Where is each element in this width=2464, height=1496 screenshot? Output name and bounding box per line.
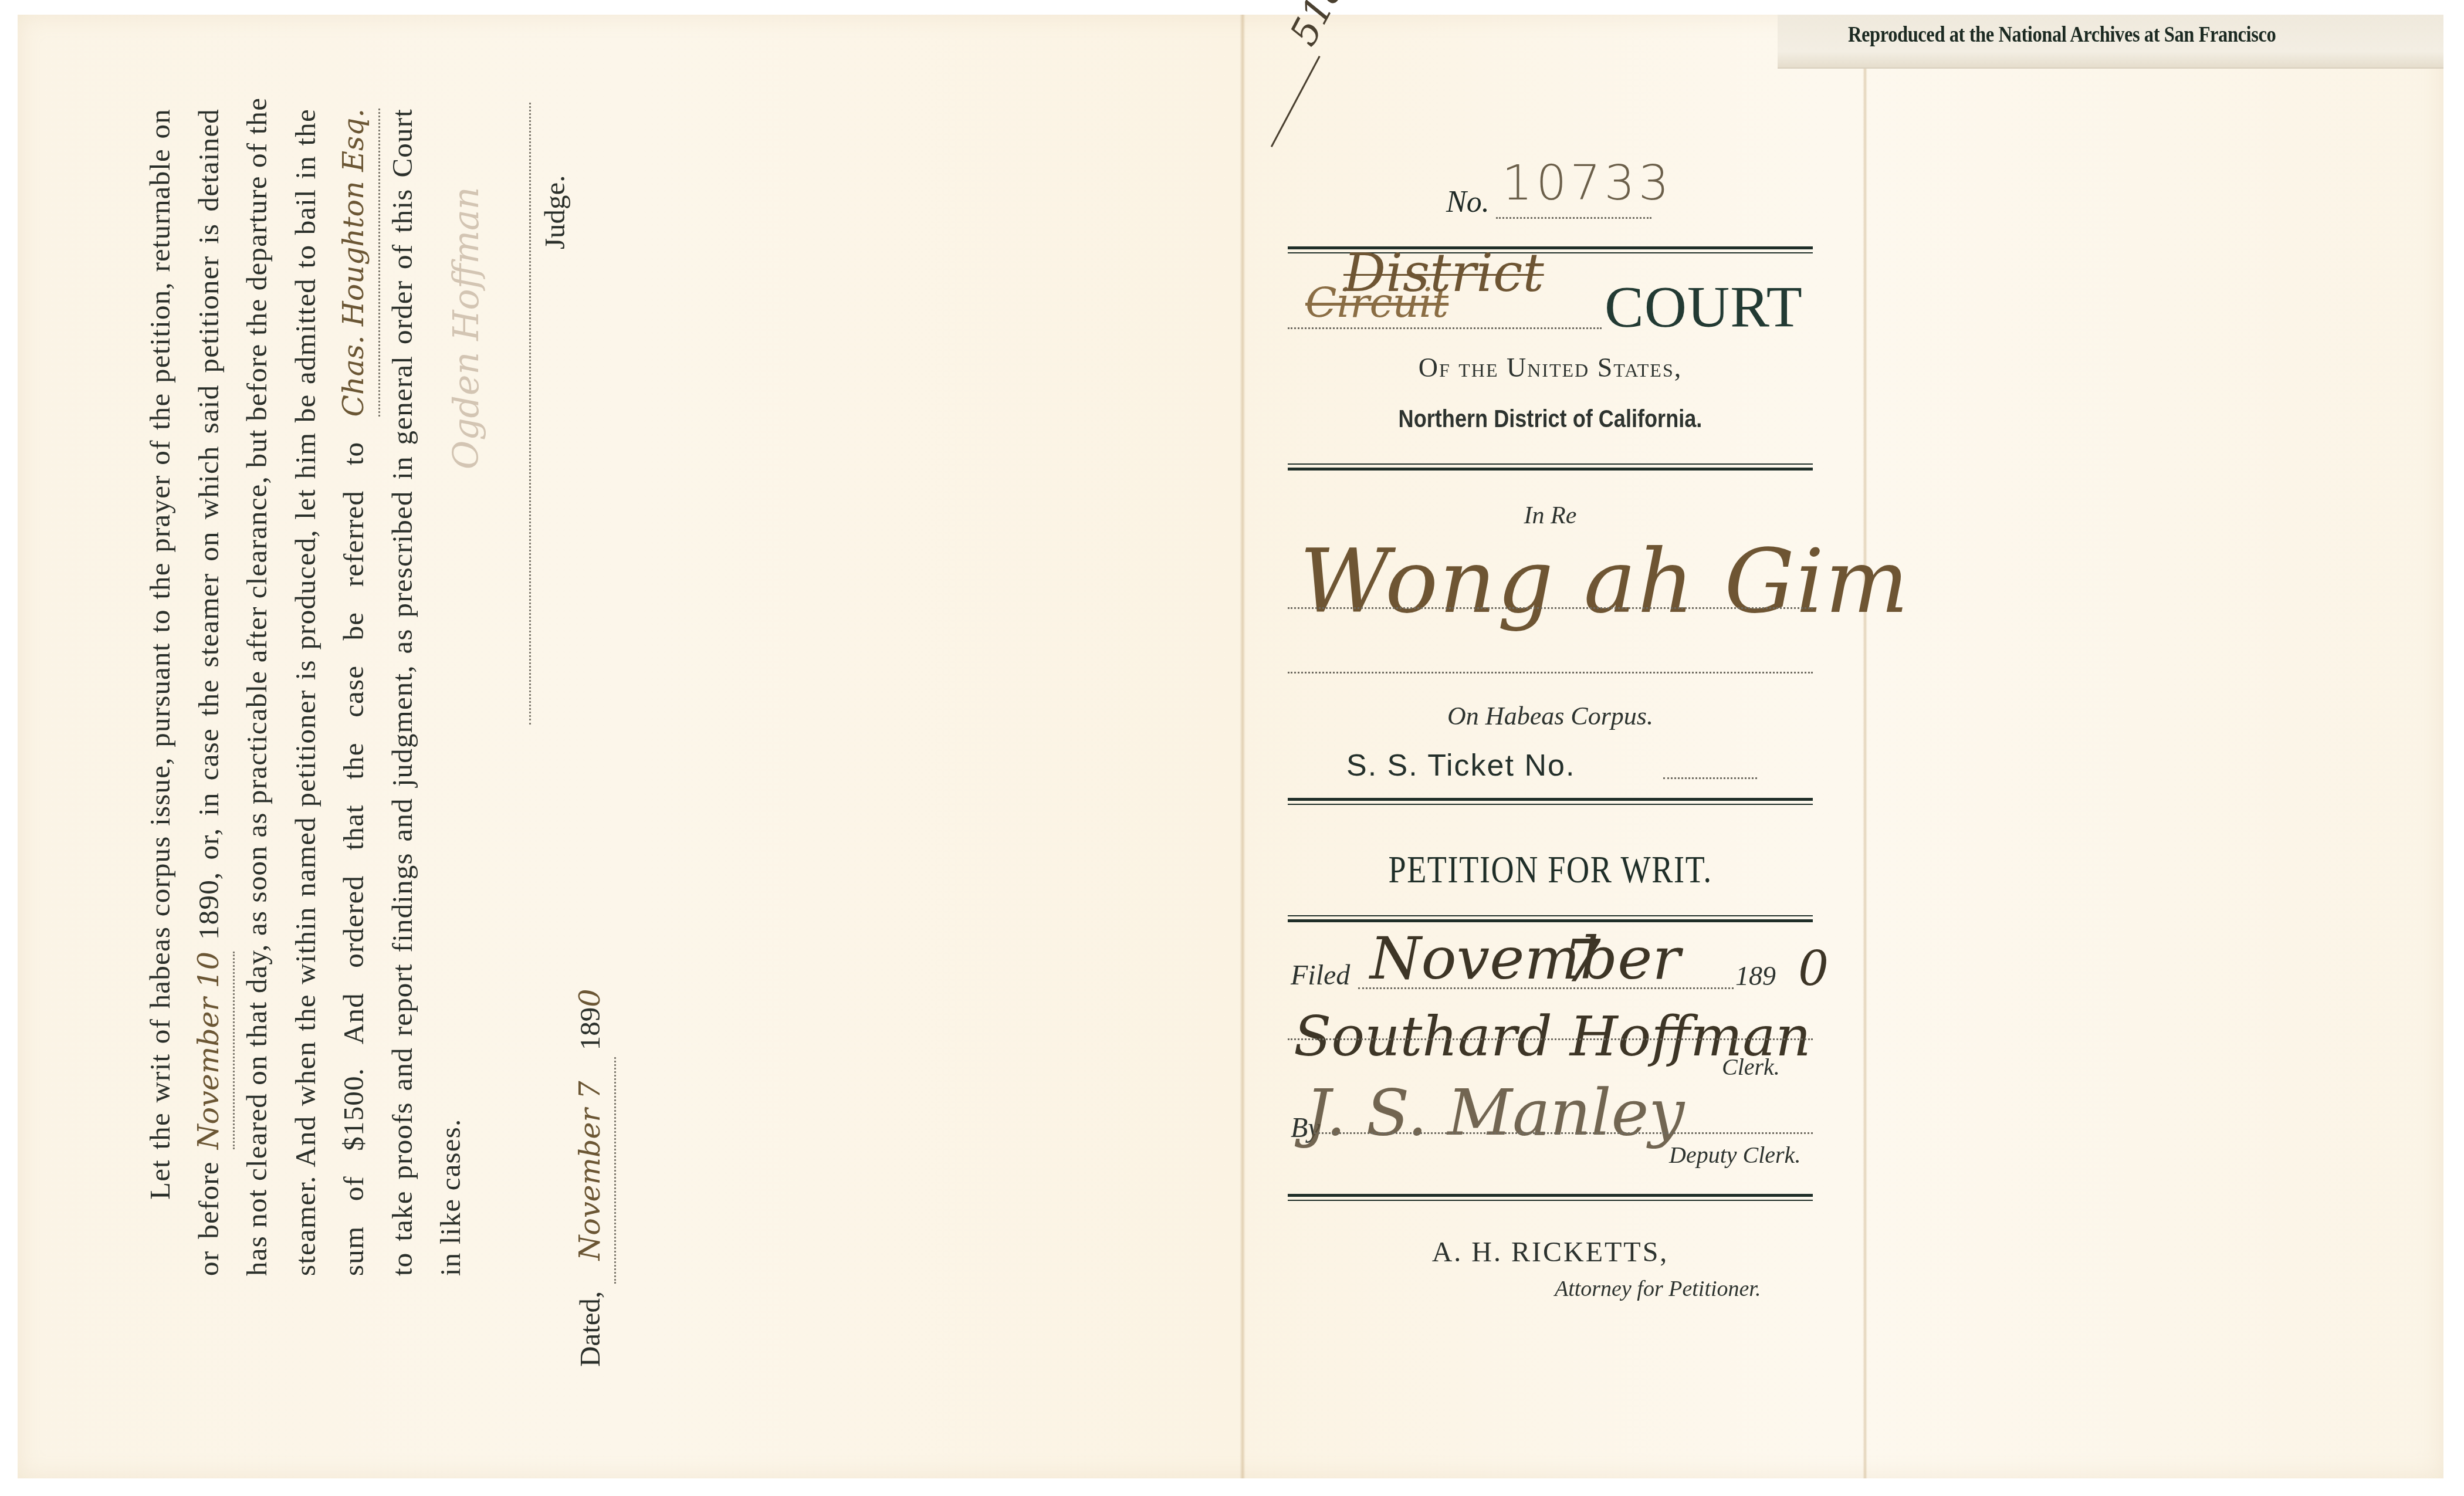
- order-line-2: or before November 10 1890, or, in case …: [185, 109, 233, 1276]
- attorney-name: A. H. RICKETTS,: [1288, 1236, 1813, 1268]
- rule-3: [1288, 798, 1813, 806]
- rule-5: [1288, 1194, 1813, 1202]
- case-number-dotted-line: [1496, 217, 1651, 219]
- court-type-handwritten: District: [1343, 242, 1544, 304]
- of-united-states: Of the United States,: [1288, 352, 1813, 383]
- deputy-clerk-signature: J. S. Manley: [1305, 1077, 1684, 1150]
- case-number-label: No.: [1446, 185, 1490, 219]
- deputy-dotted-line: [1314, 1132, 1813, 1134]
- judge-signature-faded: Ogden Hoffman: [446, 188, 499, 469]
- petitioner-name-handwritten: Wong ah Gim: [1299, 531, 1910, 633]
- deputy-clerk-label: Deputy Clerk.: [1669, 1141, 1800, 1169]
- dated-label: Dated,: [574, 1291, 606, 1367]
- order-line-1: Let the writ of habeas corpus issue, pur…: [136, 109, 185, 1276]
- clerk-dotted-line: [1288, 1038, 1813, 1040]
- in-re-label: In Re: [1288, 502, 1813, 530]
- order-line-4: steamer. And when the within named petit…: [282, 109, 330, 1276]
- petitioner-dotted-line-1: [1288, 607, 1813, 609]
- filed-label: Filed: [1291, 959, 1350, 991]
- filed-month-handwritten: November: [1370, 924, 1680, 993]
- ticket-number-field: [1663, 777, 1757, 779]
- district-name: Northern District of California.: [1325, 405, 1776, 433]
- fold-line-right: [1863, 15, 1867, 1478]
- filed-day-handwritten: 7: [1563, 927, 1601, 996]
- petition-cover: No. 10733 Circuit District COURT Of the …: [1288, 15, 1813, 1478]
- on-habeas-corpus: On Habeas Corpus.: [1288, 701, 1813, 731]
- court-heading: COURT: [1605, 273, 1803, 340]
- order-date: Dated, November 7 1890: [566, 851, 614, 1367]
- rule-2: [1288, 463, 1813, 472]
- order-date-handwritten: November 7: [566, 1057, 616, 1284]
- return-date-handwritten: November 10: [185, 952, 235, 1149]
- ticket-label: S. S. Ticket No.: [1346, 748, 1575, 783]
- court-order-endorsement: Let the writ of habeas corpus issue, pur…: [136, 109, 475, 1276]
- document-title: PETITION FOR WRIT.: [1335, 848, 1766, 892]
- dated-year-handwritten: 0: [573, 989, 607, 1007]
- court-dotted-line: [1288, 327, 1602, 329]
- judge-signature-block: Judge.: [522, 103, 578, 725]
- dated-year-printed: 189: [574, 1007, 606, 1051]
- rule-4: [1288, 915, 1813, 923]
- case-number-handwritten: 10733: [1502, 155, 1673, 211]
- filed-year-handwritten: 0: [1798, 942, 1829, 997]
- order-line-5: sum of $1500. And ordered that the case …: [330, 109, 378, 1276]
- archive-banner: Reproduced at the National Archives at S…: [1848, 22, 2338, 48]
- judge-label: Judge.: [532, 103, 578, 725]
- filed-date-dotted-line: [1358, 987, 1734, 989]
- referee-name-handwritten: Chas. Houghton Esq.: [330, 109, 380, 417]
- attorney-role: Attorney for Petitioner.: [1555, 1276, 1761, 1302]
- filed-year-printed: 189: [1735, 960, 1776, 991]
- order-line-6: to take proofs and report findings and j…: [378, 109, 427, 1276]
- order-line-3: has not cleared on that day, as soon as …: [233, 109, 282, 1276]
- clerk-label: Clerk.: [1722, 1053, 1780, 1081]
- petitioner-dotted-line-2: [1288, 672, 1813, 673]
- fold-line-left: [1240, 15, 1245, 1478]
